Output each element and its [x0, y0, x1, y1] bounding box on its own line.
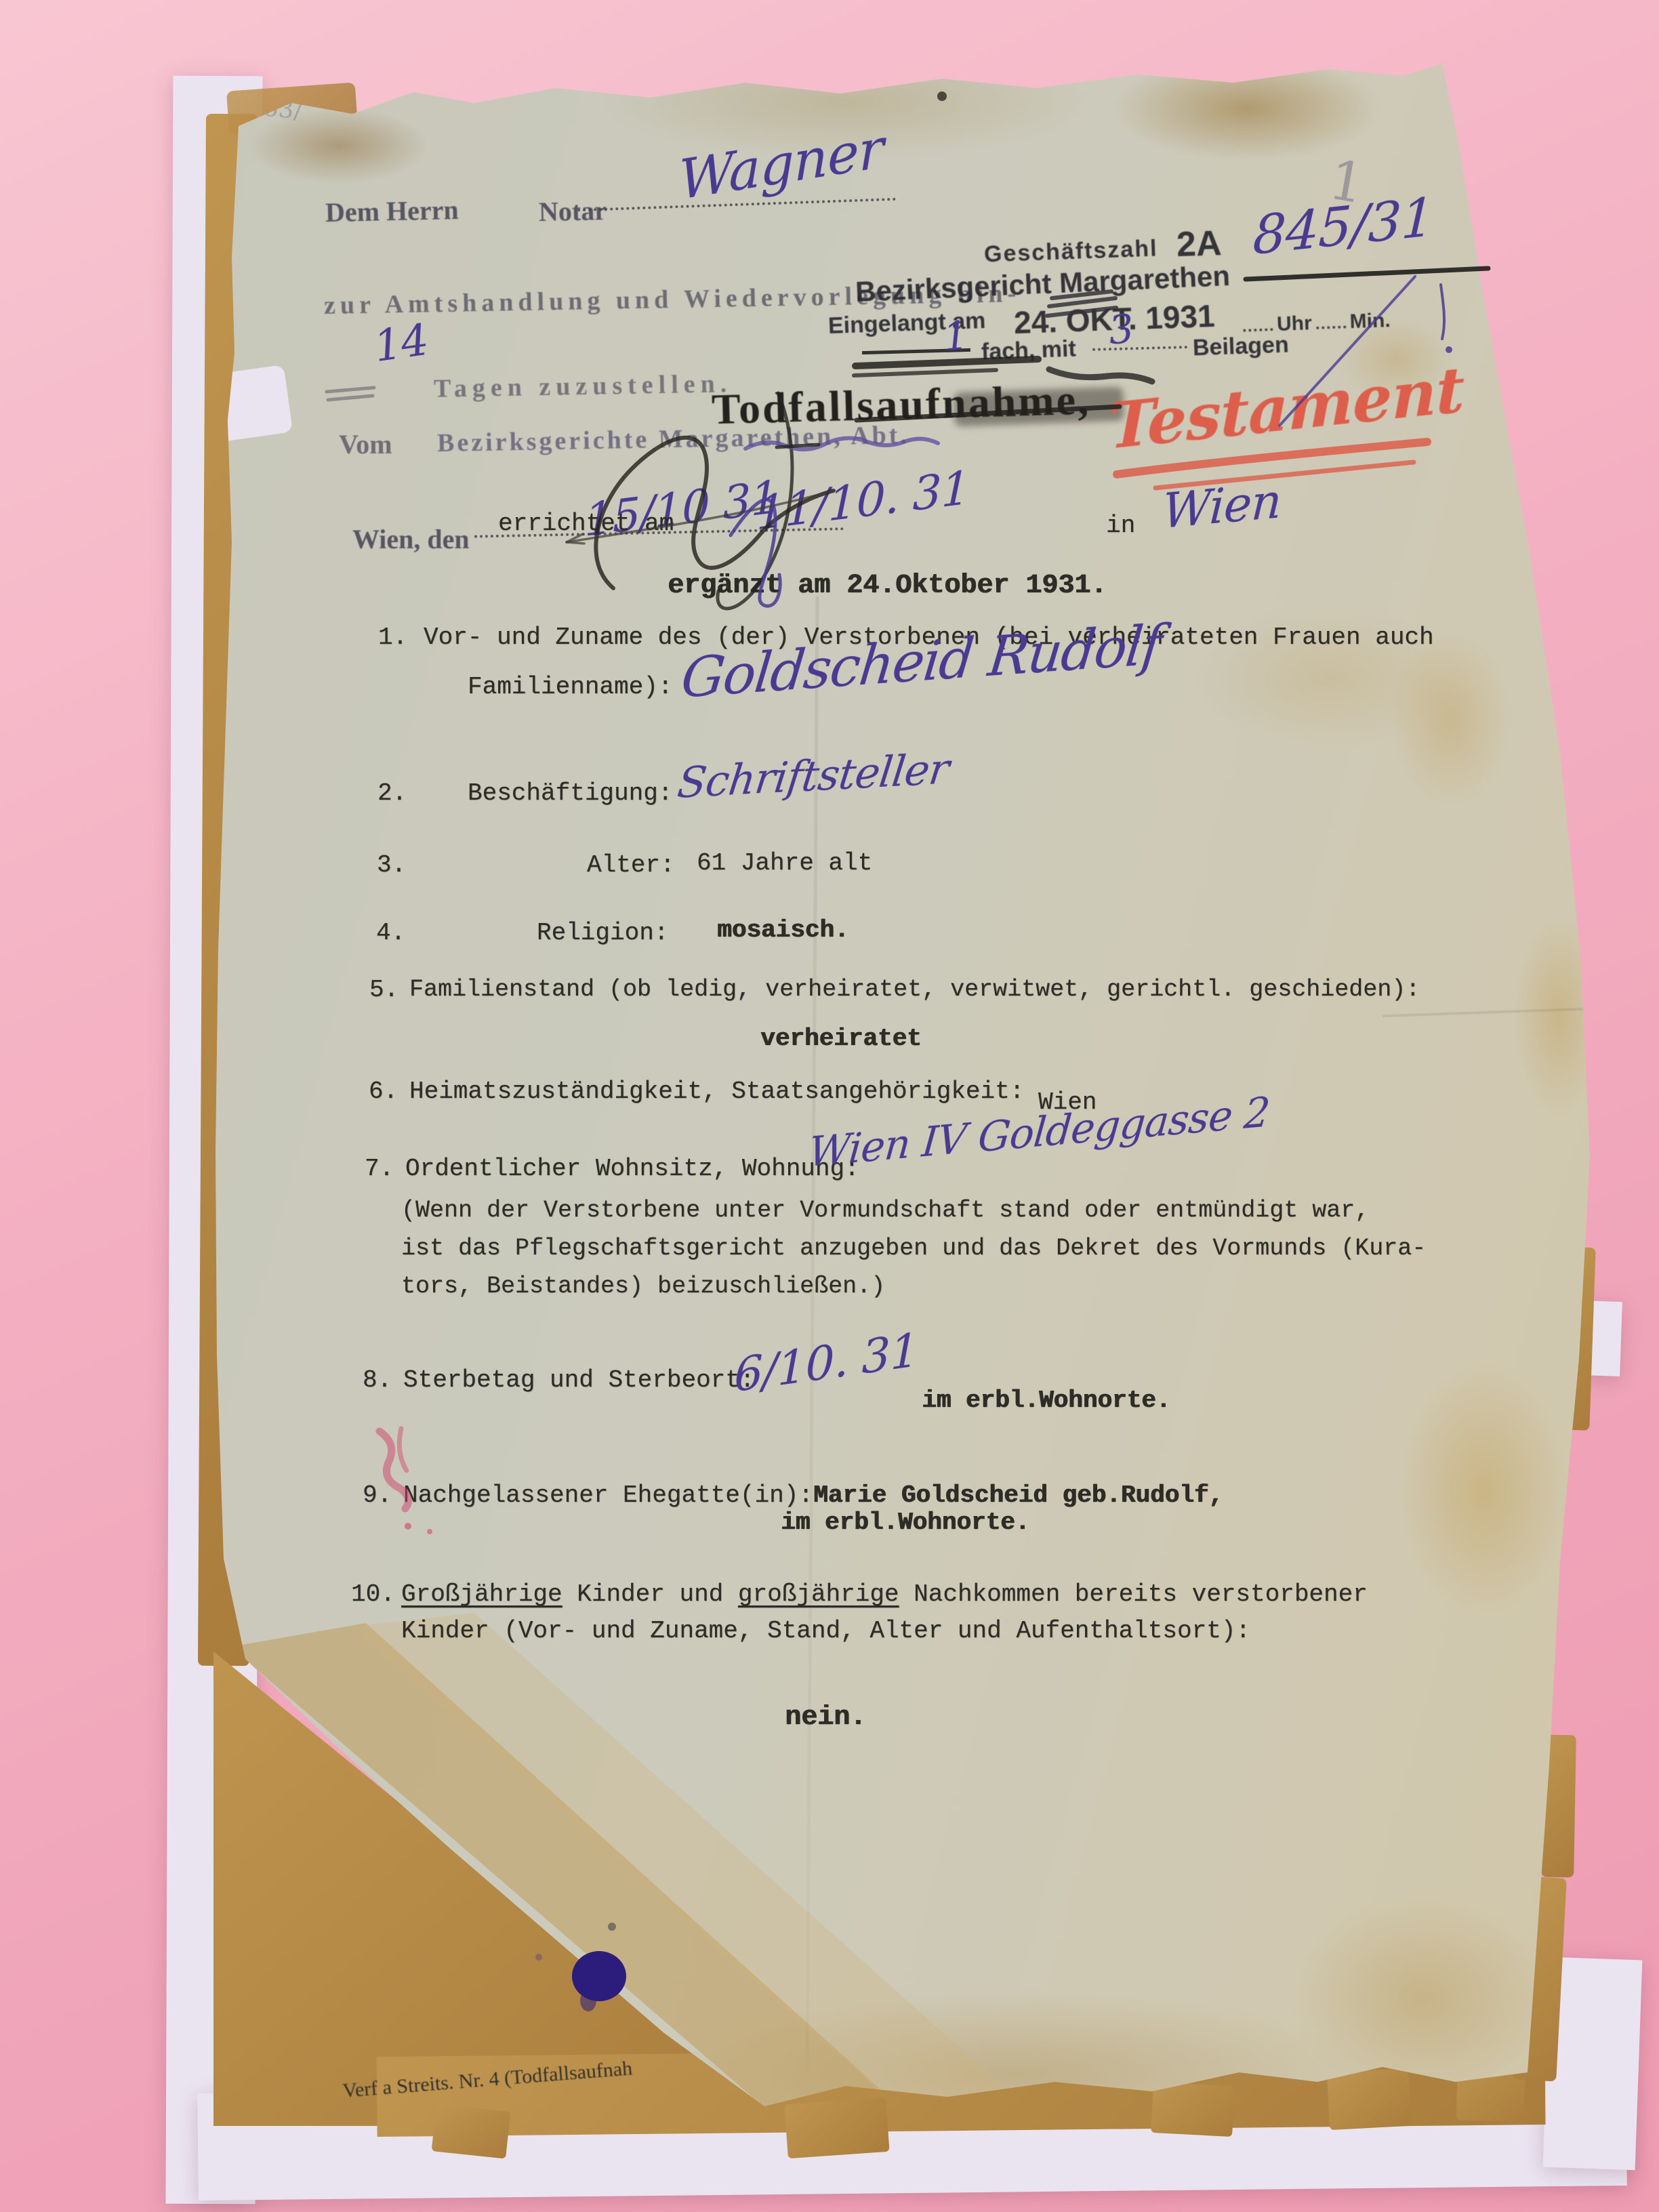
- item-5-label: Familienstand (ob ledig, verheiratet, ve…: [409, 976, 1420, 1003]
- item-6-number: 6.: [369, 1078, 398, 1105]
- addressee-line1-left: Dem Herrn: [325, 194, 459, 228]
- item-7-note2: ist das Pflegschaftsgericht anzugeben un…: [401, 1235, 1426, 1262]
- item-8-value-handwritten: 6/10. 31: [734, 1324, 918, 1404]
- form-title: Todfallsaufnahme,: [711, 375, 1091, 435]
- item-6-label: Heimatszuständigkeit, Staatsangehörigkei…: [409, 1078, 1024, 1105]
- item-1-label2: Familienname):: [468, 673, 672, 701]
- notary-name-handwritten: Wagner: [678, 117, 884, 213]
- addressee-line3: Tagen zuzustellen.: [434, 369, 733, 404]
- kraft-flap-1: [432, 2104, 511, 2158]
- item-10-label-line1: Großjährige Kinder und großjährige Nachk…: [401, 1580, 1368, 1608]
- supplemented-line: ergänzt am 24.Oktober 1931.: [668, 571, 1107, 601]
- item-7-note1: (Wenn der Verstorbene unter Vormundschaf…: [401, 1197, 1369, 1224]
- enclosures-handwritten: 3: [1107, 306, 1135, 354]
- item-10-underlined-2: großjährige: [738, 1580, 899, 1608]
- item-8-number: 8.: [363, 1366, 392, 1394]
- established-date-handwritten: 11/10. 31: [756, 461, 970, 541]
- item-3-label: Alter:: [587, 851, 675, 879]
- item-2-value-handwritten: Schriftsteller: [675, 743, 951, 808]
- kraft-flap-3: [1151, 2082, 1235, 2137]
- item-10-mid: Kinder und: [562, 1580, 738, 1608]
- item-5-value: verheiratet: [760, 1025, 922, 1052]
- item-8-value2: im erbl.Wohnorte.: [922, 1387, 1170, 1414]
- enclosures-label: Beilagen: [1192, 332, 1289, 362]
- photographed-document: Verf a Streits. Nr. 4 (Todfallsaufnah 26…: [0, 0, 1659, 2212]
- item-7-label: Ordentlicher Wohnsitz, Wohnung:: [405, 1155, 859, 1183]
- item-10-underlined-1: Großjährige: [401, 1580, 562, 1608]
- item-9-value: Marie Goldscheid geb.Rudolf,: [813, 1481, 1223, 1509]
- minute-label: Min.: [1349, 309, 1391, 333]
- case-number-handwritten: 845/31: [1252, 187, 1435, 268]
- item-9-label: Nachgelassener Ehegatte(in):: [403, 1481, 813, 1509]
- item-10-number: 10.: [351, 1580, 395, 1608]
- copies-handwritten: 1: [941, 312, 970, 361]
- addressee-line5: Wien, den: [352, 523, 470, 555]
- case-number-prefix: 2A: [1176, 223, 1223, 265]
- item-1-number: 1.: [378, 623, 407, 651]
- vertical-crease: [805, 596, 819, 2074]
- hour-dots: [1242, 310, 1273, 332]
- item-4-label: Religion:: [537, 919, 668, 947]
- addressee-line1-right: Notar: [539, 194, 607, 228]
- established-in-label: in: [1106, 512, 1135, 539]
- item-7-note3: tors, Beistandes) beizuschließen.): [401, 1273, 885, 1300]
- testament-annotation: Testament: [1109, 352, 1464, 464]
- item-8-label: Sterbetag und Sterbeort:: [403, 1366, 754, 1394]
- minute-dots: [1315, 308, 1346, 329]
- kraft-flap-2: [784, 2097, 889, 2158]
- item-2-number: 2.: [377, 779, 407, 807]
- horizontal-crease: [1382, 1008, 1586, 1017]
- established-place-handwritten: Wien: [1161, 473, 1282, 539]
- item-9-number: 9.: [363, 1481, 392, 1509]
- item-4-value: mosaisch.: [717, 916, 848, 944]
- item-4-number: 4.: [376, 919, 405, 947]
- item-10-value: nein.: [785, 1702, 866, 1733]
- copies-label: fach, mit: [981, 336, 1076, 366]
- item-3-number: 3.: [377, 851, 406, 879]
- enclosures-underline: [1092, 346, 1187, 351]
- item-2-label: Beschäftigung:: [468, 779, 672, 807]
- item-7-number: 7.: [365, 1155, 394, 1183]
- item-3-value: 61 Jahre alt: [697, 849, 872, 877]
- item-10-rest: Nachkommen bereits verstorbener: [899, 1580, 1368, 1608]
- days-handwritten: 14: [371, 315, 431, 372]
- addressee-line4-left: Vom: [339, 428, 392, 460]
- item-10-label-line2: Kinder (Vor- und Zuname, Stand, Alter un…: [401, 1617, 1250, 1645]
- item-9-value2: im erbl.Wohnorte.: [781, 1509, 1029, 1536]
- established-label: errichtet am: [498, 510, 674, 537]
- item-5-number: 5.: [369, 976, 398, 1004]
- kraft-flap-4: [1327, 2068, 1411, 2130]
